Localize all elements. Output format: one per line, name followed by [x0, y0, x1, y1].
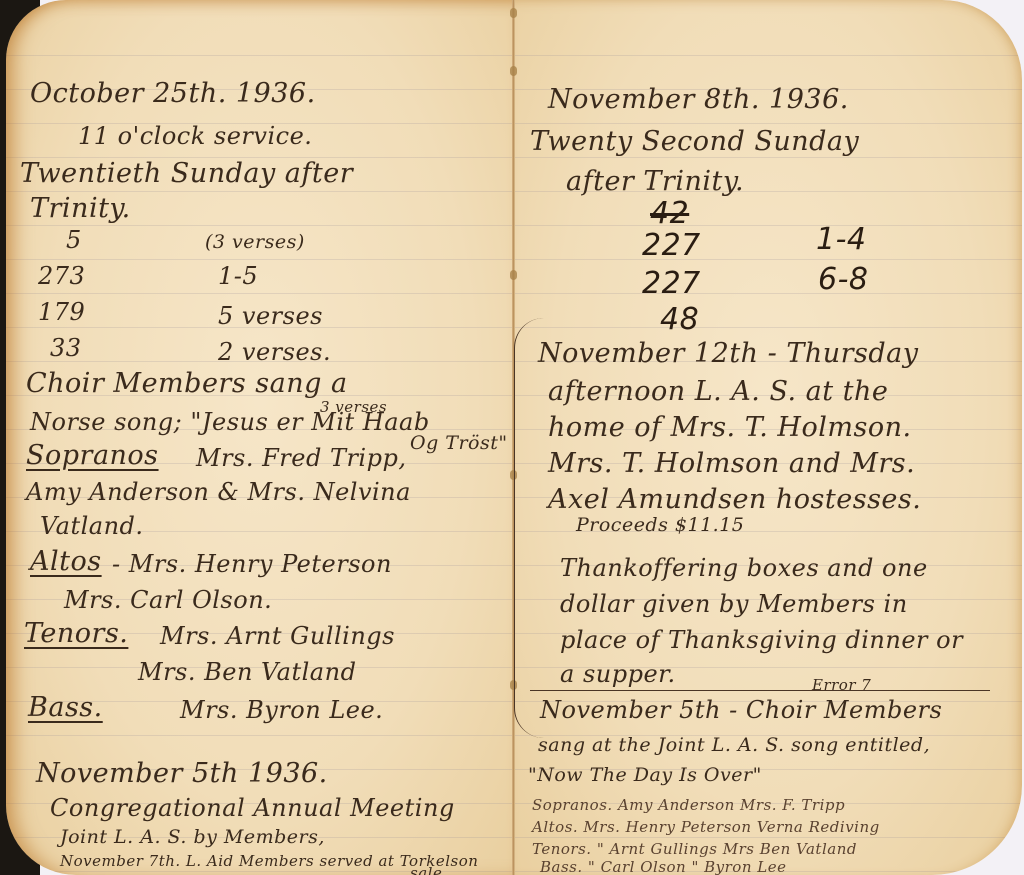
- hymn-number: 33: [50, 334, 82, 362]
- tenors-label: Tenors.: [24, 618, 128, 649]
- entry-date: October 25th. 1936.: [30, 78, 316, 109]
- hymn-verses: 1-4: [816, 222, 867, 257]
- liturgical-title: Twenty Second Sunday: [530, 126, 859, 157]
- hymn-number-struck: 42: [650, 196, 689, 231]
- hymn-verses: 2 verses.: [218, 338, 331, 366]
- tenors-names: Mrs. Arnt Gullings: [160, 622, 395, 650]
- sopranos-names: Sopranos. Amy Anderson Mrs. F. Tripp: [532, 796, 845, 814]
- choir-note-song: Norse song; "Jesus er Mit Haab: [30, 408, 430, 436]
- binding-stitch: [510, 270, 517, 280]
- song-title: "Now The Day Is Over": [528, 764, 762, 786]
- meeting-note-sub: sale: [410, 864, 442, 875]
- las-note-cont: home of Mrs. T. Holmson.: [548, 412, 912, 443]
- liturgical-title-cont: Trinity.: [30, 193, 131, 224]
- liturgical-title-cont: after Trinity.: [566, 166, 744, 197]
- choir-note-insert: Error 7: [812, 676, 871, 694]
- choir-note: November 5th - Choir Members: [540, 696, 942, 724]
- divider-line: [530, 690, 990, 691]
- entry-date: November 8th. 1936.: [548, 84, 849, 115]
- hymn-number: 227: [642, 266, 701, 301]
- binding-stitch: [510, 66, 517, 76]
- altos-names: - Mrs. Henry Peterson: [112, 550, 392, 578]
- sopranos-names-cont: Amy Anderson & Mrs. Nelvina: [26, 478, 411, 506]
- tenors-names: Tenors. " Arnt Gullings Mrs Ben Vatland: [532, 840, 857, 858]
- thankoffering-note: Thankoffering boxes and one: [560, 554, 928, 582]
- las-note-cont: afternoon L. A. S. at the: [548, 376, 888, 407]
- sopranos-label: Sopranos: [26, 440, 159, 471]
- las-note: November 12th - Thursday: [538, 338, 919, 369]
- sopranos-names-cont: Vatland.: [40, 512, 144, 540]
- hymn-verses: (3 verses): [205, 231, 305, 253]
- tenors-names-cont: Mrs. Ben Vatland: [138, 658, 356, 686]
- service-time: 11 o'clock service.: [78, 122, 312, 150]
- bass-names: Mrs. Byron Lee.: [180, 696, 383, 724]
- altos-names-cont: Mrs. Carl Olson.: [64, 586, 272, 614]
- meeting-note: Congregational Annual Meeting: [50, 794, 455, 822]
- altos-names: Altos. Mrs. Henry Peterson Verna Redivin…: [532, 818, 880, 836]
- bass-label: Bass.: [28, 692, 103, 723]
- notebook-spread: October 25th. 1936. 11 o'clock service. …: [0, 0, 1024, 875]
- choir-note: Choir Members sang a: [26, 368, 348, 399]
- hymn-number: 179: [38, 298, 85, 326]
- proceeds-amount: Proceeds $11.15: [576, 514, 744, 536]
- hymn-verses: 5 verses: [218, 302, 323, 330]
- hymn-number: 273: [38, 262, 85, 290]
- choir-note-insert: Og Tröst": [410, 432, 508, 454]
- hymn-number: 227: [642, 228, 701, 263]
- hymn-number: 48: [660, 302, 699, 337]
- sopranos-names: Mrs. Fred Tripp,: [196, 444, 406, 472]
- hymn-verses: 6-8: [818, 262, 869, 297]
- binding-stitch: [510, 8, 517, 18]
- altos-label: Altos: [30, 546, 102, 577]
- hymn-number: 5: [66, 226, 82, 254]
- choir-note-cont: sang at the Joint L. A. S. song entitled…: [538, 734, 930, 756]
- thankoffering-note-cont: dollar given by Members in: [560, 590, 908, 618]
- thankoffering-note-cont: place of Thanksgiving dinner or: [560, 626, 963, 654]
- hymn-verses: 1-5: [218, 262, 258, 290]
- las-note-cont: Axel Amundsen hostesses.: [548, 484, 921, 515]
- bracket-mark: [514, 318, 545, 738]
- entry-date: November 5th 1936.: [36, 758, 328, 789]
- liturgical-title: Twentieth Sunday after: [20, 158, 353, 189]
- meeting-note-cont: Joint L. A. S. by Members,: [60, 826, 325, 848]
- bass-names: Bass. " Carl Olson " Byron Lee: [540, 858, 786, 875]
- las-note-cont: Mrs. T. Holmson and Mrs.: [548, 448, 915, 479]
- thankoffering-note-cont: a supper.: [560, 660, 676, 688]
